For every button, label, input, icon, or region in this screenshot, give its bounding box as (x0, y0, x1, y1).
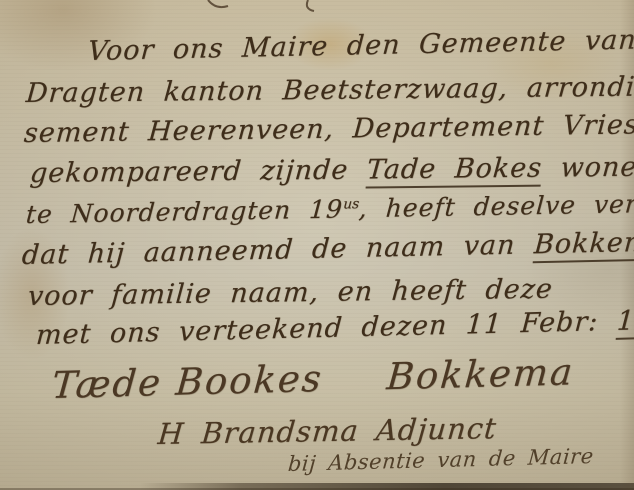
manuscript-line: met ons verteekend dezen 11 Febr: 1812 (35, 304, 634, 351)
underlined-date: 1812 (616, 304, 634, 340)
line-text: met ons verteekend dezen 11 Febr: (35, 306, 618, 351)
signature-gap (322, 389, 386, 391)
signature-declarant-surname: Bokkema (385, 350, 576, 398)
manuscript-line: te Noorderdragten 19us, heeft deselve ve… (25, 188, 634, 229)
line-text: , heeft deselve verklaard (358, 188, 634, 223)
signature-declarant: Tæde BookesBokkema (50, 350, 576, 407)
line-text: Dragten kanton Beetsterzwaag, arrondis (25, 71, 634, 109)
line-text: wonende (541, 151, 634, 184)
manuscript-line: voor familie naam, en heeft deze (27, 274, 554, 312)
line-text: sement Heerenveen, Departement Vriesland (23, 109, 634, 150)
manuscript-page: Voor ons Maire den Gemeente van Dragten … (0, 0, 634, 490)
signature-official: H Brandsma Adjunct (157, 411, 499, 451)
manuscript-line: Voor ons Maire den Gemeente van (87, 24, 634, 67)
manuscript-line: gekompareerd zijnde Tade Bokes wonende (29, 151, 634, 189)
manuscript-line: Dragten kanton Beetsterzwaag, arrondis (25, 71, 634, 109)
line-text: dat hij aanneemd de naam van (21, 229, 535, 271)
signature-declarant-firstname: Tæde Bookes (50, 357, 324, 407)
superscript-text: us (343, 196, 360, 213)
manuscript-line: dat hij aanneemd de naam van Bokkema (21, 226, 634, 271)
line-text: voor familie naam, en heeft deze (27, 274, 554, 312)
underlined-name: Tade Bokes (366, 153, 544, 189)
line-text: te Noorderdragten 19 (25, 194, 344, 229)
underlined-name: Bokkema (533, 226, 634, 263)
line-text: Voor ons Maire den Gemeente van (87, 24, 634, 67)
cutoff-pen-stroke-marks (190, 0, 350, 14)
line-text: gekompareerd zijnde (29, 154, 368, 189)
manuscript-line: sement Heerenveen, Departement Vriesland (23, 109, 634, 150)
signature-official-note: bij Absentie van de Maire (287, 444, 595, 476)
